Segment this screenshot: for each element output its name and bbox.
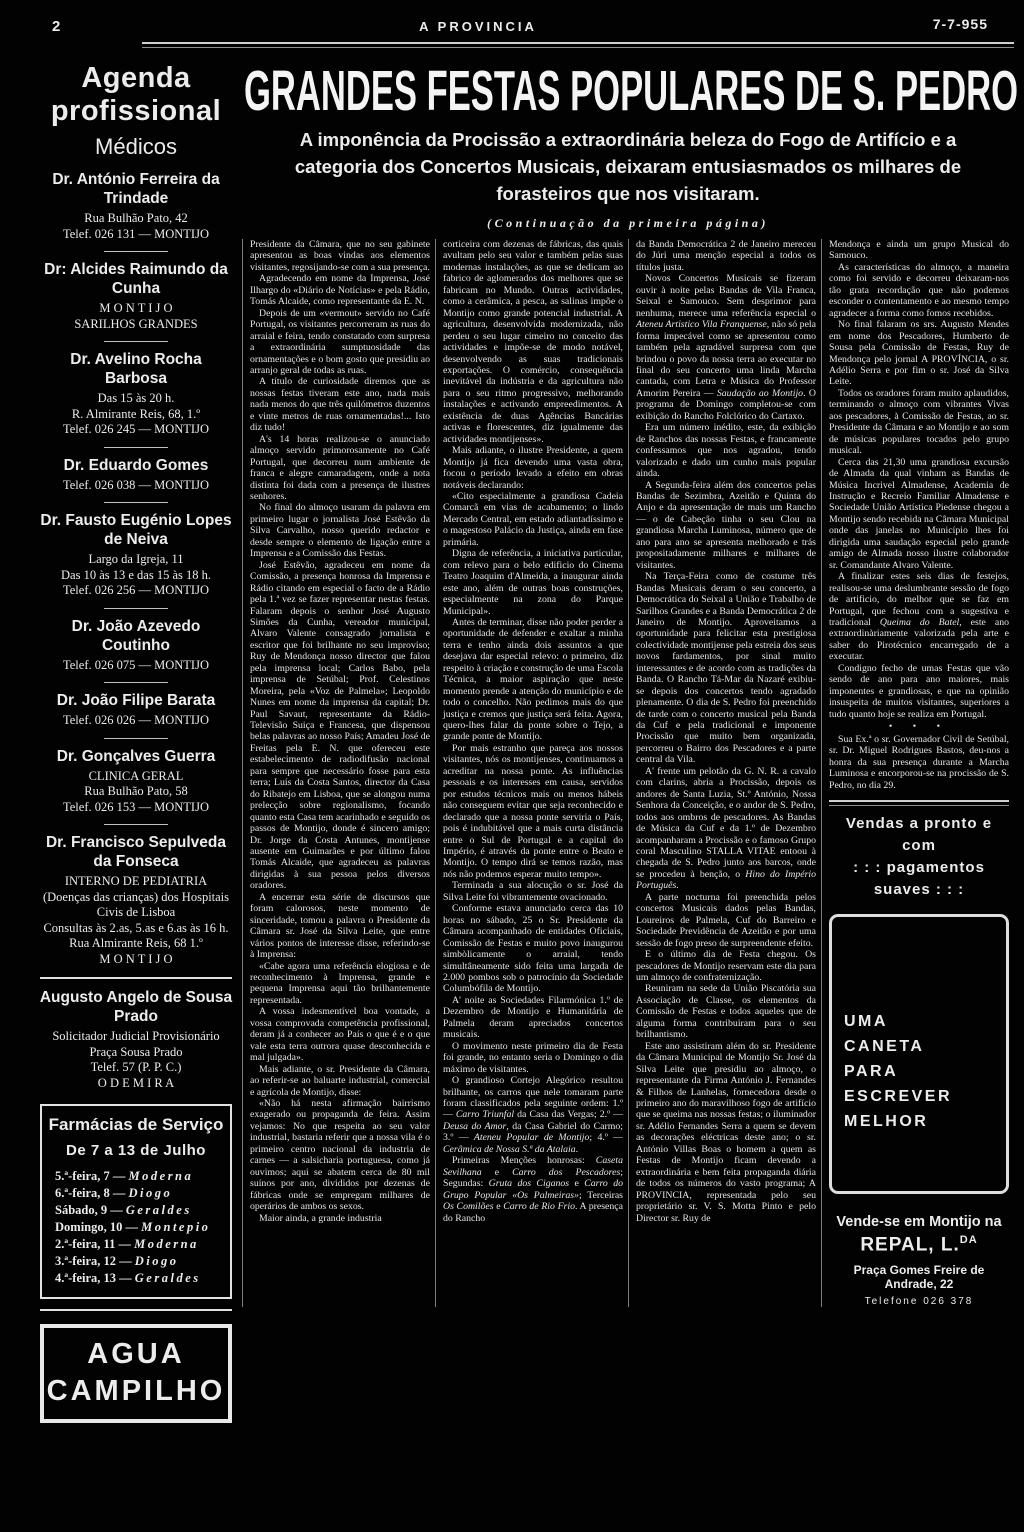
subhead: A imponência da Procissão a extraordinár…	[281, 126, 975, 207]
pharmacy-row: 4.ª-feira, 13 — Geraldes	[47, 1270, 225, 1287]
doctor-name: Dr. Gonçalves Guerra	[38, 747, 234, 766]
article-paragraph: Primeiras Menções honrosas: Caseta Sevil…	[443, 1155, 623, 1224]
vendas-ad-line: : : : pagamentos suaves : : :	[829, 857, 1009, 901]
doctor-entry: Dr. João Azevedo CoutinhoTelef. 026 075 …	[38, 617, 234, 674]
repal-ad: Vende-se em Montijo na REPAL, L.DA Praça…	[829, 1214, 1009, 1306]
doctor-detail: O D E M I R A	[38, 1076, 234, 1092]
article-paragraph: As características do almoço, a maneira …	[829, 262, 1009, 319]
article-paragraph: Antes de terminar, disse não poder perde…	[443, 617, 623, 743]
divider	[104, 824, 168, 825]
pharmacy-name: Moderna	[134, 1237, 199, 1251]
pharmacies-title: Farmácias de Serviço	[47, 1115, 225, 1135]
article-column-1: Presidente da Câmara, que no seu gabinet…	[242, 239, 435, 1307]
caneta-ad-line: MELHOR	[844, 1109, 1006, 1134]
agua-ad-line: AGUA	[44, 1336, 228, 1373]
article-paragraph: A parte nocturna foi preenchida pelos co…	[636, 892, 816, 949]
doctor-detail: INTERNO DE PEDIATRIA	[38, 874, 234, 890]
pharmacy-name: Montepio	[141, 1220, 210, 1234]
agenda-section-medicos: Médicos	[38, 134, 234, 160]
doctor-detail: CLINICA GERAL	[38, 769, 234, 785]
caneta-ad-line: PARA	[844, 1059, 1006, 1084]
doctor-entry: Dr. Fausto Eugénio Lopes de NeivaLargo d…	[38, 511, 234, 599]
caneta-ad-line: UMA	[844, 1009, 1006, 1034]
doctor-detail: R. Almirante Reis, 68, 1.º	[38, 407, 234, 423]
article-paragraph: A encerrar esta série de discursos que f…	[250, 892, 430, 961]
article-paragraph: Mendonça e ainda um grupo Musical do Sam…	[829, 239, 1009, 262]
article-paragraph: • • •	[829, 720, 1009, 734]
page-header: 2 A PROVINCIA 7-7-955	[38, 16, 1014, 38]
pharmacy-row: 5.ª-feira, 7 — Moderna	[47, 1168, 225, 1185]
pharmacies-rows: 5.ª-feira, 7 — Moderna6.ª-feira, 8 — Dio…	[47, 1168, 225, 1287]
divider	[104, 447, 168, 448]
divider	[40, 977, 232, 979]
agua-ad-line: CAMPILHO	[44, 1373, 228, 1410]
doctor-detail: Telef. 026 075 — MONTIJO	[38, 658, 234, 674]
doctor-entry: Dr. António Ferreira da TrindadeRua Bulh…	[38, 170, 234, 242]
divider-rule	[829, 800, 1009, 806]
divider	[104, 502, 168, 503]
doctor-name: Dr. João Azevedo Coutinho	[38, 617, 234, 655]
divider	[104, 251, 168, 252]
article-paragraph: A's 14 horas realizou-se o anunciado alm…	[250, 434, 430, 503]
doctor-detail: Telef. 026 131 — MONTIJO	[38, 227, 234, 243]
article-paragraph: A vossa indesmentível boa vontade, a vos…	[250, 1006, 430, 1063]
doctor-detail: Das 15 às 20 h.	[38, 391, 234, 407]
doctors-list: Dr. António Ferreira da TrindadeRua Bulh…	[38, 170, 234, 1091]
doctor-detail: SARILHOS GRANDES	[38, 317, 234, 333]
repal-name-sup: DA	[960, 1234, 978, 1246]
divider-rule	[40, 1309, 232, 1311]
article-paragraph: O movimento neste primeiro dia de Festa …	[443, 1041, 623, 1075]
article-paragraph: Este ano assistiram além do sr. Presiden…	[636, 1041, 816, 1224]
pharmacy-row: 3.ª-feira, 12 — Diogo	[47, 1253, 225, 1270]
repal-name: REPAL, L.DA	[829, 1234, 1009, 1256]
doctor-detail: (Doenças das crianças) dos Hospitais Civ…	[38, 890, 234, 921]
headline-text: GRANDES FESTAS POPULARES DE S. PEDRO	[244, 59, 1018, 122]
pharmacy-name: Diogo	[135, 1254, 179, 1268]
doctor-name: Dr. João Filipe Barata	[38, 691, 234, 710]
pharmacy-row: 2.ª-feira, 11 — Moderna	[47, 1236, 225, 1253]
divider	[104, 682, 168, 683]
article-column-3: da Banda Democrática 2 de Janeiro merece…	[628, 239, 821, 1307]
page-number: 2	[52, 18, 60, 35]
doctor-detail: Telef. 57 (P. P. C.)	[38, 1060, 234, 1076]
article-paragraph: Presidente da Câmara, que no seu gabinet…	[250, 239, 430, 273]
agenda-title: Agenda profissional	[38, 62, 234, 128]
pharmacy-day: 4.ª-feira, 13 —	[55, 1271, 132, 1285]
article-paragraph: «Cito especialmente a grandiosa Cadeia C…	[443, 491, 623, 548]
doctor-entry: Dr. Avelino Rocha BarbosaDas 15 às 20 h.…	[38, 350, 234, 438]
page-date: 7-7-955	[933, 16, 988, 32]
doctor-name: Dr. Fausto Eugénio Lopes de Neiva	[38, 511, 234, 549]
pharmacy-name: Geraldes	[126, 1203, 192, 1217]
pharmacy-day: 3.ª-feira, 12 —	[55, 1254, 132, 1268]
pharmacies-box: Farmácias de Serviço De 7 a 13 de Julho …	[40, 1104, 232, 1299]
pharmacy-day: 5.ª-feira, 7 —	[55, 1169, 125, 1183]
article-paragraph: A finalizar estes seis dias de festejos,…	[829, 571, 1009, 663]
article-paragraph: Reuniram na sede da União Piscatória sua…	[636, 983, 816, 1040]
pharmacy-day: 2.ª-feira, 11 —	[55, 1237, 131, 1251]
article-columns: Presidente da Câmara, que no seu gabinet…	[242, 239, 1014, 1307]
doctor-detail: Praça Sousa Prado	[38, 1045, 234, 1061]
article-paragraph: Terminada a sua alocução o sr. José da S…	[443, 880, 623, 903]
article-paragraph: Condigno fecho de umas Festas que vão se…	[829, 663, 1009, 720]
repal-address: Praça Gomes Freire de Andrade, 22	[829, 1263, 1009, 1291]
doctor-detail: Solicitador Judicial Provisionário	[38, 1029, 234, 1045]
agua-campilho-ad: AGUA CAMPILHO	[40, 1324, 232, 1423]
agenda-sidebar: Agenda profissional Médicos Dr. António …	[38, 50, 234, 1423]
divider	[104, 738, 168, 739]
continuation-note: (Continuação da primeira página)	[242, 216, 1014, 231]
article-paragraph: Novos Concertos Musicais se fizeram ouvi…	[636, 273, 816, 422]
pharmacy-day: 6.ª-feira, 8 —	[55, 1186, 125, 1200]
masthead: A PROVINCIA	[348, 19, 608, 34]
article-paragraph: Digna de referência, a iniciativa partic…	[443, 548, 623, 617]
newspaper-page: 2 A PROVINCIA 7-7-955 Agenda profissiona…	[0, 0, 1024, 1532]
article-paragraph: A' frente um pelotão da G. N. R. a caval…	[636, 766, 816, 892]
pharmacy-name: Moderna	[129, 1169, 194, 1183]
doctor-entry: Dr. João Filipe BarataTelef. 026 026 — M…	[38, 691, 234, 729]
doctor-detail: Telef. 026 026 — MONTIJO	[38, 713, 234, 729]
article-paragraph: O grandioso Cortejo Alegórico resultou b…	[443, 1075, 623, 1155]
doctor-entry: Augusto Angelo de Sousa PradoSolicitador…	[38, 988, 234, 1091]
repal-name-main: REPAL, L.	[860, 1235, 959, 1256]
doctor-name: Dr. Eduardo Gomes	[38, 456, 234, 475]
article-paragraph: Era um número inédito, este, da exibição…	[636, 422, 816, 479]
doctor-detail: Largo da Igreja, 11	[38, 552, 234, 568]
doctor-entry: Dr: Alcides Raimundo da CunhaM O N T I J…	[38, 260, 234, 332]
article-paragraph: Na Terça-Feira como de costume três Band…	[636, 571, 816, 766]
doctor-detail: Telef. 026 245 — MONTIJO	[38, 422, 234, 438]
doctor-name: Dr. Francisco Sepulveda da Fonseca	[38, 833, 234, 871]
pharmacy-row: Sábado, 9 — Geraldes	[47, 1202, 225, 1219]
doctor-name: Dr: Alcides Raimundo da Cunha	[38, 260, 234, 298]
article-paragraph: Cerca das 21,30 uma grandiosa excursão d…	[829, 457, 1009, 572]
article: GRANDES FESTAS POPULARES DE S. PEDRO A i…	[234, 50, 1014, 1307]
caneta-ad-line: ESCREVER	[844, 1084, 1006, 1109]
doctor-detail: Telef. 026 256 — MONTIJO	[38, 583, 234, 599]
article-paragraph: da Banda Democrática 2 de Janeiro merece…	[636, 239, 816, 273]
article-paragraph: No final falaram os srs. Augusto Mendes …	[829, 319, 1009, 388]
doctor-name: Augusto Angelo de Sousa Prado	[38, 988, 234, 1026]
article-paragraph: Depois de um «vermout» servido no Café P…	[250, 308, 430, 377]
article-paragraph: A título de curiosidade diremos que as n…	[250, 376, 430, 433]
article-column-2: corticeira com dezenas de fábricas, das …	[435, 239, 628, 1307]
article-paragraph: A' noite as Sociedades Filarmónica 1.º d…	[443, 995, 623, 1041]
doctor-detail: Rua Almirante Reis, 68 1.º	[38, 936, 234, 952]
doctor-entry: Dr. Eduardo GomesTelef. 026 038 — MONTIJ…	[38, 456, 234, 494]
article-paragraph: corticeira com dezenas de fábricas, das …	[443, 239, 623, 445]
article-column-4-text: Mendonça e ainda um grupo Musical do Sam…	[829, 239, 1009, 791]
repal-intro: Vende-se em Montijo na	[829, 1214, 1009, 1230]
article-paragraph: Mais adiante, o sr. Presidente da Câmara…	[250, 1064, 430, 1098]
article-column-4: Mendonça e ainda um grupo Musical do Sam…	[821, 239, 1014, 1307]
caneta-ad-box: UMA CANETA PARA ESCREVER MELHOR	[829, 914, 1009, 1194]
article-paragraph: A Segunda-feira além dos concertos pelas…	[636, 480, 816, 572]
doctor-detail: Rua Bulhão Pato, 58	[38, 784, 234, 800]
doctor-detail: M O N T I J O	[38, 952, 234, 968]
divider	[104, 608, 168, 609]
pharmacy-day: Sábado, 9 —	[55, 1203, 123, 1217]
doctor-entry: Dr. Francisco Sepulveda da FonsecaINTERN…	[38, 833, 234, 967]
pharmacies-subtitle: De 7 a 13 de Julho	[47, 1142, 225, 1159]
article-paragraph: No final do almoço usaram da palavra em …	[250, 502, 430, 559]
article-paragraph: Todos os oradores foram muito aplaudidos…	[829, 388, 1009, 457]
vendas-ad-line: Vendas a pronto e com	[829, 813, 1009, 857]
pharmacy-day: Domingo, 10 —	[55, 1220, 138, 1234]
doctor-name: Dr. António Ferreira da Trindade	[38, 170, 234, 208]
doctor-detail: M O N T I J O	[38, 301, 234, 317]
headline: GRANDES FESTAS POPULARES DE S. PEDRO	[242, 56, 1022, 122]
divider	[104, 341, 168, 342]
article-paragraph: Mais adiante, o ilustre Presidente, a qu…	[443, 445, 623, 491]
pharmacy-name: Diogo	[129, 1186, 173, 1200]
doctor-detail: Telef. 026 153 — MONTIJO	[38, 800, 234, 816]
article-paragraph: «Cabe agora uma referência elogiosa e de…	[250, 961, 430, 1007]
article-paragraph: José Estêvão, agradeceu em nome da Comis…	[250, 560, 430, 892]
doctor-detail: Consultas às 2.as, 5.as e 6.as às 16 h.	[38, 921, 234, 937]
pharmacy-row: Domingo, 10 — Montepio	[47, 1219, 225, 1236]
article-paragraph: Sua Ex.ª o sr. Governador Civil de Setúb…	[829, 734, 1009, 791]
doctor-name: Dr. Avelino Rocha Barbosa	[38, 350, 234, 388]
article-paragraph: Conforme estava anunciado cerca das 10 h…	[443, 903, 623, 995]
article-paragraph: E o último dia de Festa chegou. Os pesca…	[636, 949, 816, 983]
pharmacy-name: Geraldes	[135, 1271, 201, 1285]
article-paragraph: Maior ainda, a grande industria	[250, 1213, 430, 1224]
article-paragraph: Por mais estranho que pareça aos nossos …	[443, 743, 623, 880]
doctor-detail: Telef. 026 038 — MONTIJO	[38, 478, 234, 494]
vendas-ad: Vendas a pronto e com : : : pagamentos s…	[829, 813, 1009, 901]
doctor-entry: Dr. Gonçalves GuerraCLINICA GERALRua Bul…	[38, 747, 234, 816]
repal-phone: Telefone 026 378	[829, 1296, 1009, 1307]
pharmacy-row: 6.ª-feira, 8 — Diogo	[47, 1185, 225, 1202]
caneta-ad-line: CANETA	[844, 1034, 1006, 1059]
header-rule	[142, 42, 1014, 48]
doctor-detail: Das 10 às 13 e das 15 às 18 h.	[38, 568, 234, 584]
doctor-detail: Rua Bulhão Pato, 42	[38, 211, 234, 227]
article-paragraph: «Não há nesta afirmação bairrismo exager…	[250, 1098, 430, 1213]
article-paragraph: Agradecendo em nome da Imprensa, José Il…	[250, 273, 430, 307]
